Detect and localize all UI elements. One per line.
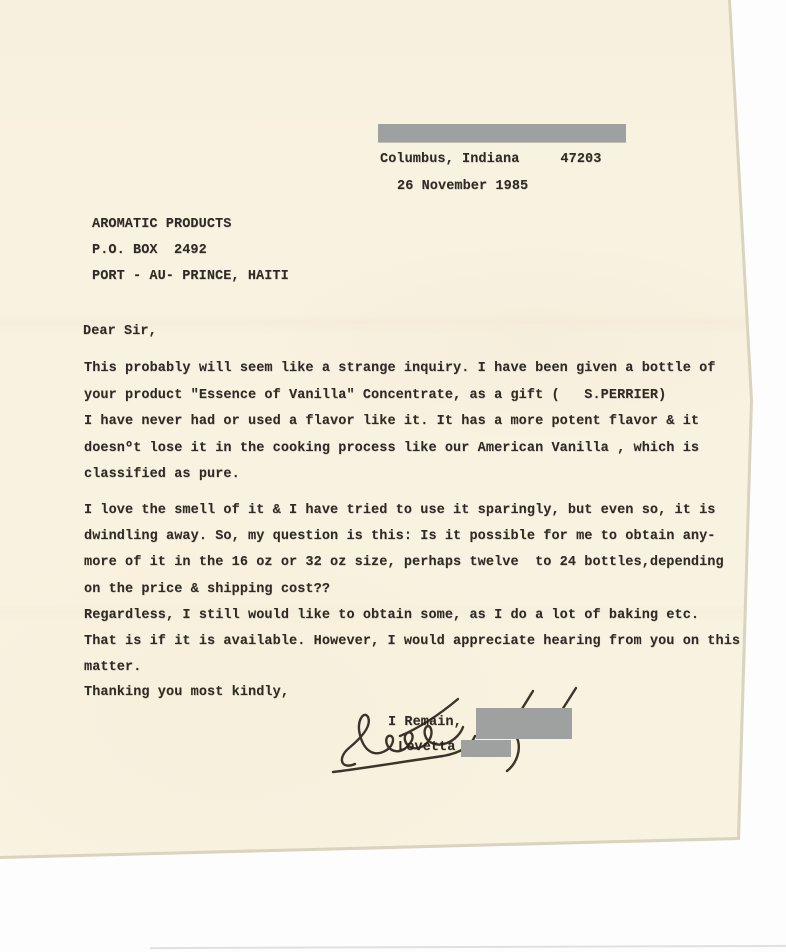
- signature-surname-redaction: [476, 708, 572, 739]
- text-line: This probably will seem like a strange i…: [84, 356, 716, 383]
- body-paragraph-2: I love the smell of it & I have tried to…: [84, 498, 740, 681]
- text-line: doesnºt lose it in the cooking process l…: [84, 436, 716, 463]
- text-line: AROMATIC PRODUCTS: [92, 212, 289, 238]
- text-line: classified as pure.: [84, 462, 716, 489]
- scanned-letter-page: Columbus, Indiana 47203 26 November 1985…: [0, 0, 786, 952]
- text-line: I have never had or used a flavor like i…: [84, 409, 716, 436]
- lower-sheet-edge: [150, 945, 786, 949]
- salutation: Dear Sir,: [83, 319, 157, 345]
- text-line: I love the smell of it & I have tried to…: [84, 498, 740, 524]
- text-line: on the price & shipping cost??: [84, 577, 740, 603]
- letter-date: 26 November 1985: [397, 174, 528, 200]
- text-line: your product "Essence of Vanilla" Concen…: [84, 383, 716, 410]
- closing-line: Thanking you most kindly,: [84, 680, 289, 706]
- typed-surname-redaction: [461, 740, 511, 757]
- sender-address-redaction-bar: [378, 124, 626, 142]
- text-line: Regardless, I still would like to obtain…: [84, 603, 740, 629]
- text-line: PORT - AU- PRINCE, HAITI: [92, 264, 289, 290]
- text-line: dwindling away. So, my question is this:…: [84, 524, 740, 550]
- text-line: more of it in the 16 oz or 32 oz size, p…: [84, 550, 740, 576]
- body-paragraph-1: This probably will seem like a strange i…: [84, 356, 716, 489]
- text-line: P.O. BOX 2492: [92, 238, 289, 264]
- recipient-address-block: AROMATIC PRODUCTSP.O. BOX 2492PORT - AU-…: [92, 212, 289, 290]
- sender-city-line: Columbus, Indiana 47203: [380, 147, 601, 173]
- text-line: That is if it is available. However, I w…: [84, 629, 740, 655]
